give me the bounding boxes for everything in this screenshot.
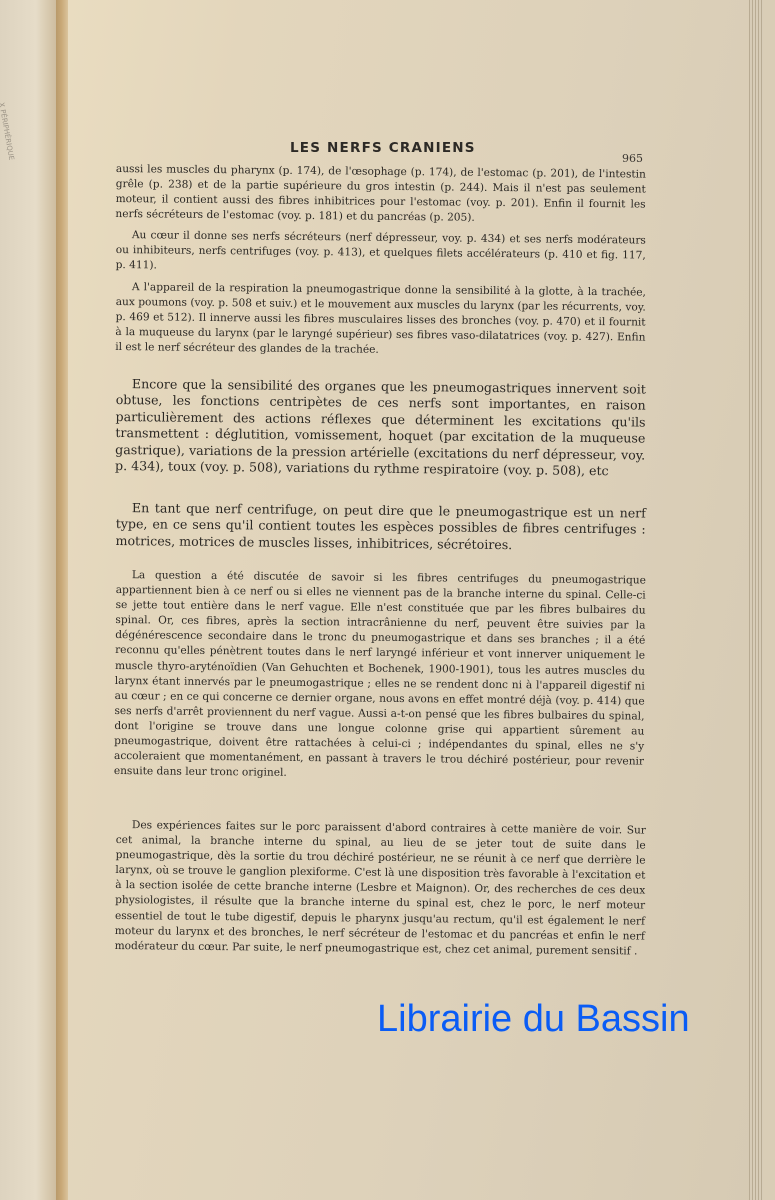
paragraph-text: La question a été discutée de savoir si …	[114, 568, 646, 785]
running-head: LES NERFS CRANIENS	[290, 140, 476, 156]
paragraph-text: Des expériences faites sur le porc parai…	[115, 818, 646, 959]
paragraph-6: La question a été discutée de savoir si …	[114, 568, 646, 785]
facing-left-page: …X PÉRIPHÉRIQUE	[0, 0, 60, 1200]
paragraph-text: En tant que nerf centrifuge, on peut dir…	[115, 500, 645, 555]
paragraph-1: aussi les muscles du pharynx (p. 174), d…	[115, 162, 646, 228]
paragraph-text: Encore que la sensibilité des organes qu…	[115, 376, 646, 480]
paragraph-text: A l'appareil de la respiration la pneumo…	[115, 280, 646, 361]
paragraph-text: Au cœur il donne ses nerfs sécréteurs (n…	[116, 228, 646, 279]
paragraph-7: Des expériences faites sur le porc parai…	[115, 818, 646, 959]
page-number: 965	[622, 152, 643, 165]
page-edge	[749, 0, 763, 1200]
paragraph-text: aussi les muscles du pharynx (p. 174), d…	[115, 162, 646, 228]
paragraph-3: A l'appareil de la respiration la pneumo…	[115, 280, 646, 361]
bookseller-watermark: Librairie du Bassin	[377, 998, 690, 1041]
paragraph-2: Au cœur il donne ses nerfs sécréteurs (n…	[116, 228, 646, 279]
paragraph-5: En tant que nerf centrifuge, on peut dir…	[115, 500, 645, 555]
paragraph-4: Encore que la sensibilité des organes qu…	[115, 376, 646, 480]
left-page-running-head: …X PÉRIPHÉRIQUE	[0, 95, 15, 161]
